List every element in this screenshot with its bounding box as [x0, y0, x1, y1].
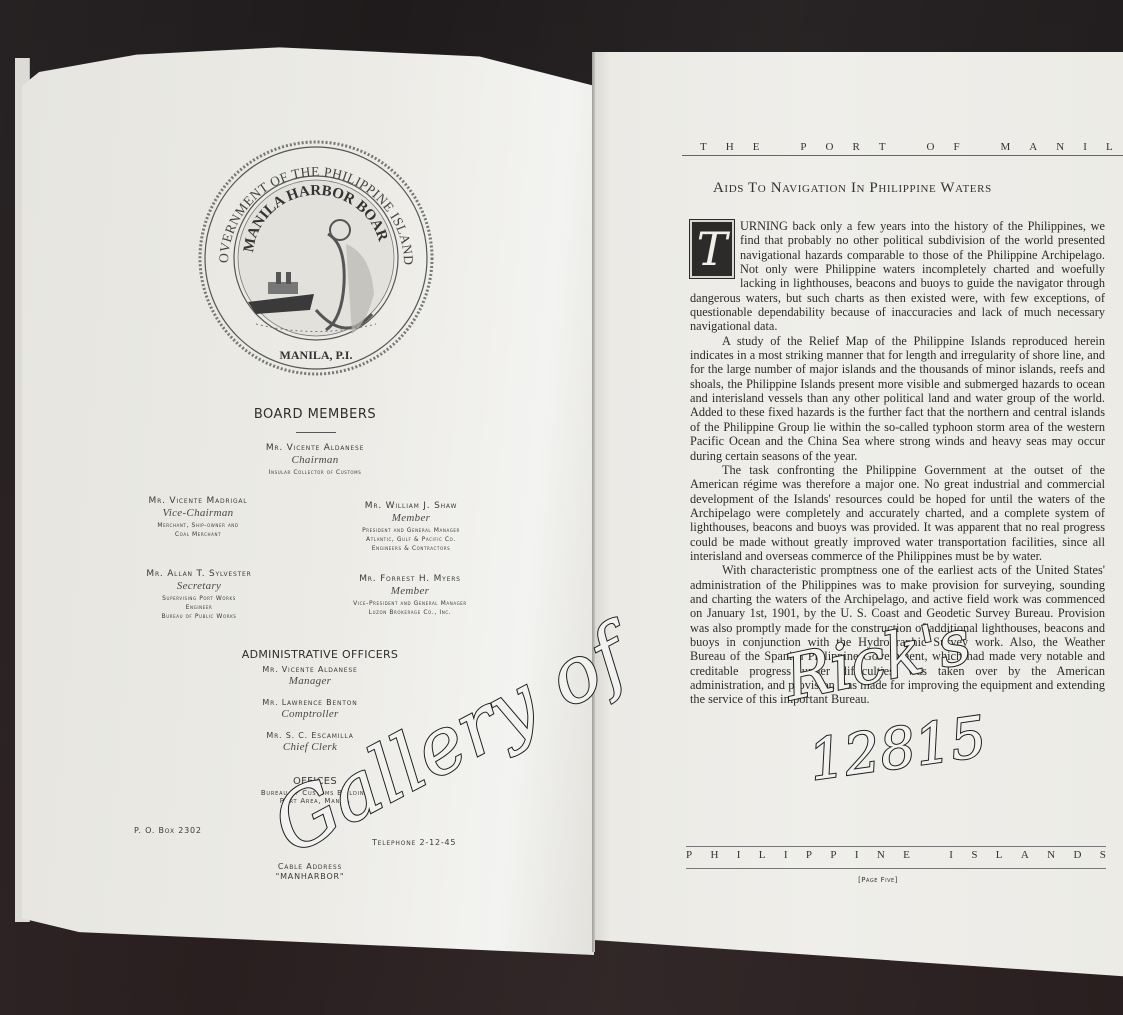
svg-text:MANILA, P.I.: MANILA, P.I.: [280, 348, 353, 362]
running-head-letter: [779, 141, 782, 153]
article-body: TURNING back only a few years into the h…: [690, 219, 1105, 707]
board-members-heading: BOARD MEMBERS: [180, 407, 450, 422]
running-head-letter: T: [879, 141, 886, 153]
running-head-letter: R: [853, 141, 860, 153]
article-title: Aids To Navigation In Philippine Waters: [713, 180, 1123, 197]
officer-chief-clerk: Mr. S. C. Escamilla Chief Clerk: [220, 731, 400, 755]
running-head-letter: P: [830, 849, 836, 861]
running-head-letter: [928, 849, 931, 861]
footer-rule: [686, 846, 1106, 847]
officer-name: Mr. Lawrence Benton: [220, 698, 400, 708]
offices-block: OFFICES Bureau of Customs Building Port …: [210, 776, 420, 806]
member-role: Member: [322, 512, 500, 526]
running-head-text: THE PORT OF MANILA: [700, 141, 1123, 153]
board-member-shaw: Mr. William J. Shaw Member President and…: [322, 501, 500, 553]
running-head-letter: M: [1000, 141, 1010, 153]
officer-role: Chief Clerk: [220, 741, 400, 755]
running-head-letter: E: [753, 141, 760, 153]
cable-label: Cable Address: [230, 862, 390, 872]
running-head-letter: P: [806, 849, 812, 861]
board-member-secretary: Mr. Allan T. Sylvester Secretary Supervi…: [124, 569, 274, 621]
running-head-letter: L: [1106, 141, 1113, 153]
running-head-letter: L: [759, 849, 766, 861]
running-head-letter: O: [826, 141, 834, 153]
book-gutter: [592, 52, 595, 952]
officer-role: Manager: [220, 675, 400, 689]
running-head-rule: [682, 155, 1123, 156]
member-name: Mr. William J. Shaw: [322, 501, 500, 512]
officer-comptroller: Mr. Lawrence Benton Comptroller: [220, 698, 400, 722]
running-head-letter: A: [1029, 141, 1037, 153]
member-affiliation: Merchant, Ship-owner and: [128, 521, 268, 530]
cable-value: "MANHARBOR": [230, 872, 390, 882]
running-head-letter: [905, 141, 908, 153]
running-head-letter: N: [1047, 849, 1055, 861]
paragraph: TURNING back only a few years into the h…: [690, 219, 1105, 334]
member-affiliation: Supervising Port Works: [124, 594, 274, 603]
board-member-vice-chairman: Mr. Vicente Madrigal Vice-Chairman Merch…: [128, 496, 268, 539]
running-head-letter: I: [737, 849, 741, 861]
drop-cap-icon: T: [690, 220, 734, 278]
heading-divider: [296, 432, 336, 433]
running-head-letter: D: [1073, 849, 1081, 861]
member-name: Mr. Vicente Aldanese: [200, 443, 430, 454]
member-role: Vice-Chairman: [128, 507, 268, 521]
running-head-letter: N: [1056, 141, 1064, 153]
manila-harbor-board-seal-icon: GOVERNMENT OF THE PHILIPPINE ISLANDS MAN…: [196, 134, 436, 382]
page-number: [Page Five]: [838, 876, 918, 884]
member-role: Secretary: [124, 580, 274, 594]
member-name: Mr. Forrest H. Myers: [310, 574, 510, 585]
member-affiliation: Atlantic, Gulf & Pacific Co.: [322, 535, 500, 544]
paragraph: With characteristic promptness one of th…: [690, 563, 1105, 706]
member-role: Chairman: [200, 454, 430, 468]
member-affiliation: Insular Collector of Customs: [200, 468, 430, 477]
officer-manager: Mr. Vicente Aldanese Manager: [220, 665, 400, 689]
running-head-letter: I: [1083, 141, 1087, 153]
running-head-letter: I: [784, 849, 788, 861]
member-affiliation: Engineers & Contractors: [322, 544, 500, 553]
running-head-letter: [979, 141, 982, 153]
footer-head: PHILIPPINE ISLANDS: [686, 849, 1106, 861]
offices-heading: OFFICES: [210, 776, 420, 789]
running-head-letter: N: [877, 849, 885, 861]
officer-role: Comptroller: [220, 708, 400, 722]
member-name: Mr. Allan T. Sylvester: [124, 569, 274, 580]
running-head-letter: P: [800, 141, 806, 153]
paragraph: A study of the Relief Map of the Philipp…: [690, 334, 1105, 463]
member-affiliation: Coal Merchant: [128, 530, 268, 539]
board-member-myers: Mr. Forrest H. Myers Member Vice-Preside…: [310, 574, 510, 617]
running-head-letter: I: [949, 849, 953, 861]
running-head: THE PORT OF MANILA: [700, 141, 1123, 153]
footer-rule: [686, 868, 1106, 869]
member-name: Mr. Vicente Madrigal: [128, 496, 268, 507]
telephone: Telephone 2-12-45: [372, 838, 456, 847]
running-head-letter: H: [710, 849, 718, 861]
member-affiliation: Engineer: [124, 603, 274, 612]
running-head-letter: F: [954, 141, 960, 153]
running-head-letter: T: [700, 141, 707, 153]
cable-address: Cable Address "MANHARBOR": [230, 862, 390, 882]
running-head-letter: S: [1100, 849, 1106, 861]
footer-head-text: PHILIPPINE ISLANDS: [686, 849, 1106, 861]
running-head-letter: L: [996, 849, 1003, 861]
offices-line: Port Area, Manila: [210, 797, 420, 806]
officer-name: Mr. Vicente Aldanese: [220, 665, 400, 675]
member-role: Member: [310, 585, 510, 599]
administrative-officers-heading: ADMINISTRATIVE OFFICERS: [200, 648, 440, 661]
member-affiliation: Luzon Brokerage Co., Inc.: [310, 608, 510, 617]
offices-line: Bureau of Customs Building: [210, 789, 420, 798]
paragraph: The task confronting the Philippine Gove…: [690, 463, 1105, 563]
running-head-letter: E: [903, 849, 910, 861]
board-member-chairman: Mr. Vicente Aldanese Chairman Insular Co…: [200, 443, 430, 477]
officer-name: Mr. S. C. Escamilla: [220, 731, 400, 741]
running-head-letter: H: [726, 141, 734, 153]
member-affiliation: Bureau of Public Works: [124, 612, 274, 621]
running-head-letter: P: [686, 849, 692, 861]
member-affiliation: Vice-President and General Manager: [310, 599, 510, 608]
po-box: P. O. Box 2302: [134, 826, 202, 835]
running-head-letter: S: [971, 849, 977, 861]
member-affiliation: President and General Manager: [322, 526, 500, 535]
running-head-letter: O: [927, 141, 935, 153]
running-head-letter: I: [855, 849, 859, 861]
running-head-letter: A: [1021, 849, 1029, 861]
